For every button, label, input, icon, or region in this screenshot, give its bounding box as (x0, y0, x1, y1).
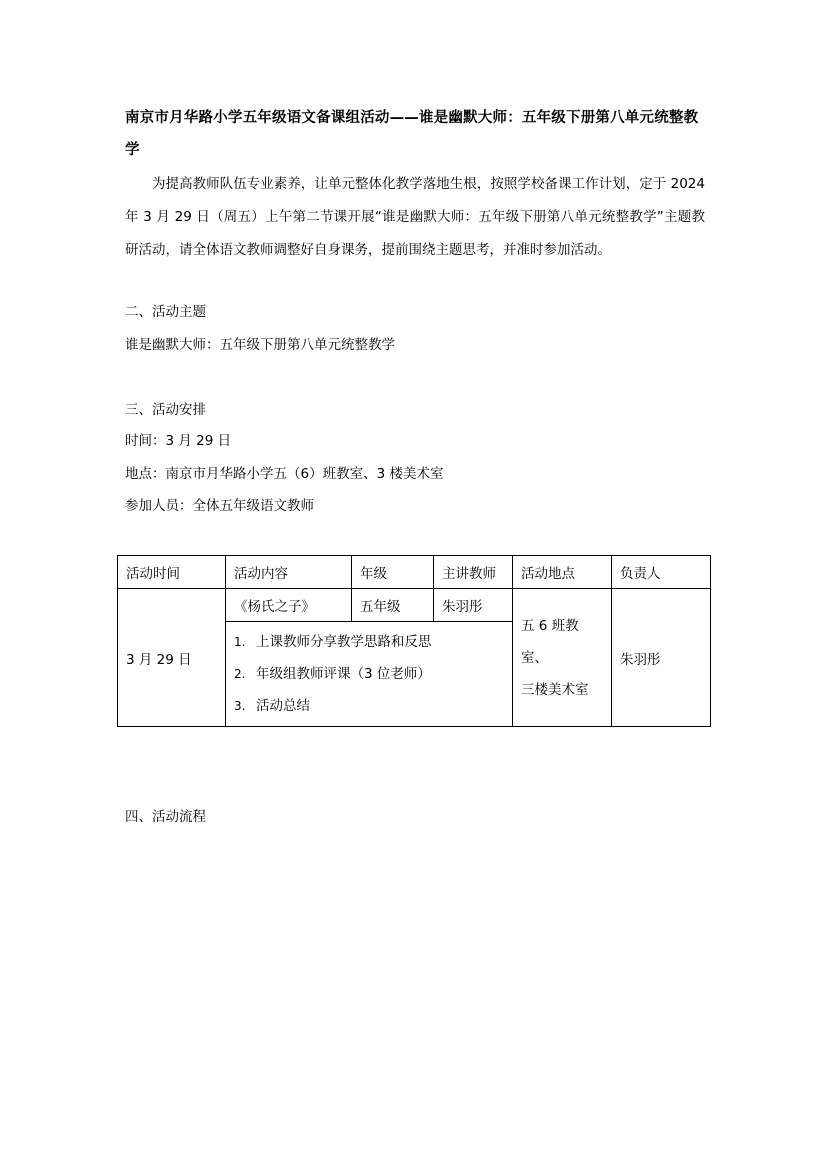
location-line-2: 三楼美术室 (521, 674, 603, 706)
header-cell-location: 活动地点 (513, 556, 612, 589)
cell-location: 五 6 班教室、 三楼美术室 (513, 589, 612, 727)
section-heading-process: 四、活动流程 (125, 807, 206, 827)
location-line-1: 五 6 班教室、 (521, 610, 603, 674)
document-page: 南京市月华路小学五年级语文备课组活动——谁是幽默大师：五年级下册第八单元统整教学… (0, 0, 827, 1170)
section-heading-arrangement: 三、活动安排 (125, 400, 206, 420)
table-row: 3 月 29 日 《杨氏之子》 五年级 朱羽彤 五 6 班教室、 三楼美术室 朱… (118, 589, 711, 622)
arrangement-place: 地点：南京市月华路小学五（6）班教室、3 楼美术室 (125, 464, 443, 484)
document-title: 南京市月华路小学五年级语文备课组活动——谁是幽默大师：五年级下册第八单元统整教学 (125, 102, 710, 166)
cell-lesson: 《杨氏之子》 (226, 589, 352, 622)
list-item: 1.上课教师分享教学思路和反思 (234, 626, 504, 658)
header-cell-teacher: 主讲教师 (434, 556, 513, 589)
arrangement-participants: 参加人员：全体五年级语文教师 (125, 496, 314, 516)
cell-steps: 1.上课教师分享教学思路和反思 2.年级组教师评课（3 位老师） 3.活动总结 (226, 622, 513, 727)
schedule-table: 活动时间 活动内容 年级 主讲教师 活动地点 负责人 3 月 29 日 《杨氏之… (117, 555, 711, 727)
section-heading-theme: 二、活动主题 (125, 302, 206, 322)
header-cell-content: 活动内容 (226, 556, 352, 589)
cell-teacher: 朱羽彤 (434, 589, 513, 622)
theme-text: 谁是幽默大师：五年级下册第八单元统整教学 (125, 335, 395, 355)
table-header-row: 活动时间 活动内容 年级 主讲教师 活动地点 负责人 (118, 556, 711, 589)
cell-grade: 五年级 (352, 589, 434, 622)
list-item: 3.活动总结 (234, 690, 504, 722)
intro-paragraph: 为提高教师队伍专业素养，让单元整体化教学落地生根，按照学校备课工作计划，定于 2… (125, 168, 705, 267)
list-item: 2.年级组教师评课（3 位老师） (234, 658, 504, 690)
cell-responsible: 朱羽彤 (612, 589, 711, 727)
header-cell-time: 活动时间 (118, 556, 226, 589)
header-cell-grade: 年级 (352, 556, 434, 589)
header-cell-responsible: 负责人 (612, 556, 711, 589)
arrangement-time: 时间：3 月 29 日 (125, 431, 231, 451)
cell-date: 3 月 29 日 (118, 589, 226, 727)
